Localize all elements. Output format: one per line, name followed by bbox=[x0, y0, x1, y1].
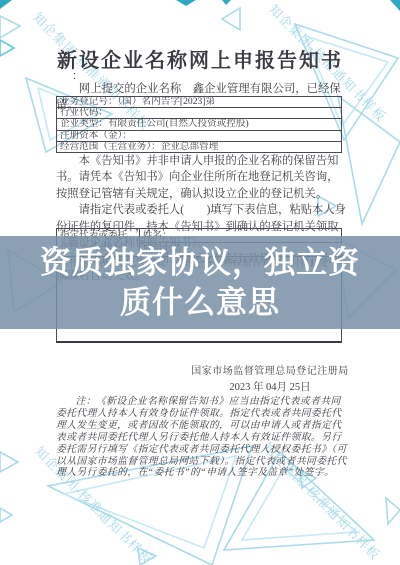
document-title: 新设企业名称网上申报告知书 bbox=[0, 44, 400, 73]
issue-date: 2023 年 04月 25日 bbox=[150, 379, 390, 394]
table-row: 业务登记号：（国）名内告字[2023]第 bbox=[57, 97, 341, 108]
table-row: 企业类型：有限责任公司(自然人投资或控股) bbox=[57, 119, 341, 130]
table-row: 经营范围（主营业务）：企业总部管理 bbox=[57, 142, 341, 152]
issuer-name: 国家市场监督管理总局登记注册局 bbox=[150, 362, 390, 377]
paragraph: 本《告知书》并非申请人申报的企业名称的保留告知书。请凭本《告知书》向企业住所所在… bbox=[56, 153, 347, 202]
page: 知企集团-核准通知书样板 知企集团-核准通知书样板 知企集团-核准通知书样板 知… bbox=[0, 0, 400, 565]
company-info-table: 业务登记号：（国）名内告字[2023]第 行业代码： 企业类型：有限责任公司(自… bbox=[56, 96, 342, 153]
footnote: 注：《新设企业名称保留告知书》应当由指定代表或者共同委托代理人持本人有效身份证件… bbox=[56, 396, 348, 479]
issuer-block: 国家市场监督管理总局登记注册局 2023 年 04月 25日 bbox=[150, 362, 390, 394]
table-row: 注册资本（金）： bbox=[57, 131, 341, 142]
caption-overlay-band: 资质独家协议，独立资质什么意思 bbox=[0, 236, 400, 329]
caption-headline: 资质独家协议，独立资质什么意思 bbox=[33, 243, 367, 323]
table-row: 行业代码： bbox=[57, 108, 341, 119]
